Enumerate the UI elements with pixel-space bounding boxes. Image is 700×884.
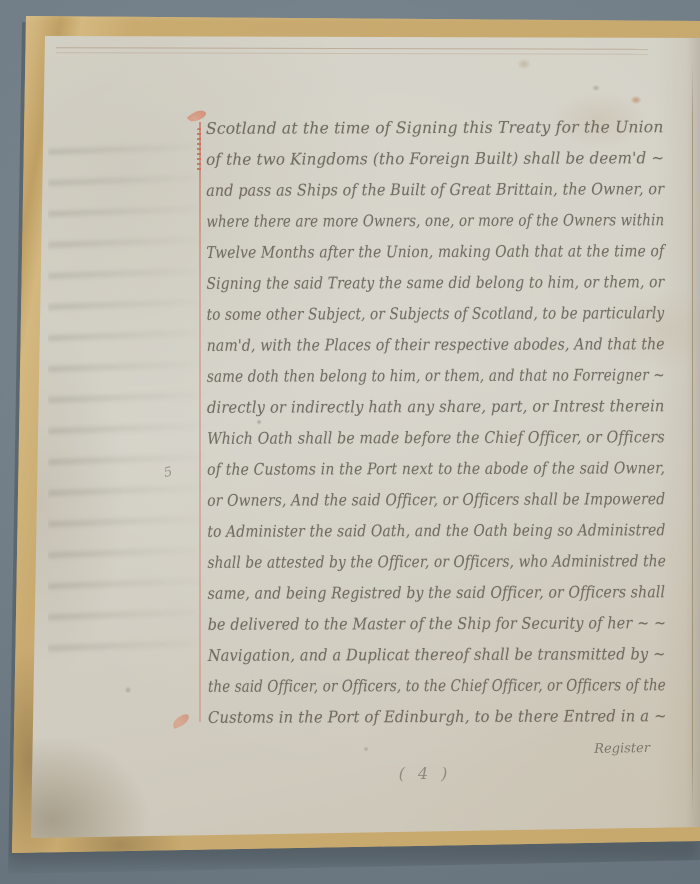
catchword: Register	[520, 739, 650, 761]
manuscript-line: or Owners, And the said Officer, or Offi…	[207, 483, 613, 515]
manuscript-line: nam'd, with the Places of their respecti…	[207, 328, 618, 360]
fore-edge-line	[692, 60, 693, 816]
red-margin-rule-beads	[197, 128, 201, 172]
manuscript-line: where there are more Owners, one, or mor…	[206, 204, 599, 236]
manuscript-line: directly or indirectly hath any share, p…	[207, 390, 637, 422]
manuscript-text-block: Scotland at the time of Signing this Tre…	[206, 111, 678, 733]
manuscript-line: to some other Subject, or Subjects of Sc…	[207, 297, 604, 329]
page-number: ( 4 )	[385, 762, 465, 786]
manuscript-line: Customs in the Port of Edinburgh, to be …	[208, 700, 641, 733]
manuscript-line: Which Oath shall be made before the Chie…	[207, 421, 622, 453]
manuscript-line: same doth then belong to him, or them, a…	[207, 359, 603, 391]
manuscript-line: the said Officer, or Officers, to the Ch…	[208, 669, 600, 701]
manuscript-line: be delivered to the Master of the Ship f…	[208, 607, 628, 639]
manuscript-line: and pass as Ships of the Built of Great …	[206, 173, 626, 205]
manuscript-line: Scotland at the time of Signing this Tre…	[206, 111, 663, 144]
red-margin-rule	[199, 122, 201, 722]
manuscript-line: Signing the said Treaty the same did bel…	[206, 266, 612, 298]
manuscript-line: Twelve Months after the Union, making Oa…	[206, 235, 611, 267]
manuscript-line: shall be attested by the Officer, or Off…	[207, 545, 607, 577]
manuscript-line: of the two Kingdoms (tho Foreign Built) …	[206, 142, 650, 175]
manuscript-line: to Administer the said Oath, and the Oat…	[207, 514, 613, 546]
manuscript-line: Navigation, and a Duplicat thereof shall…	[208, 638, 634, 670]
manuscript-line: same, and being Registred by the said Of…	[208, 576, 619, 608]
manuscript-line: of the Customs in the Port next to the a…	[207, 452, 617, 484]
marginal-mark: 5	[162, 460, 186, 484]
